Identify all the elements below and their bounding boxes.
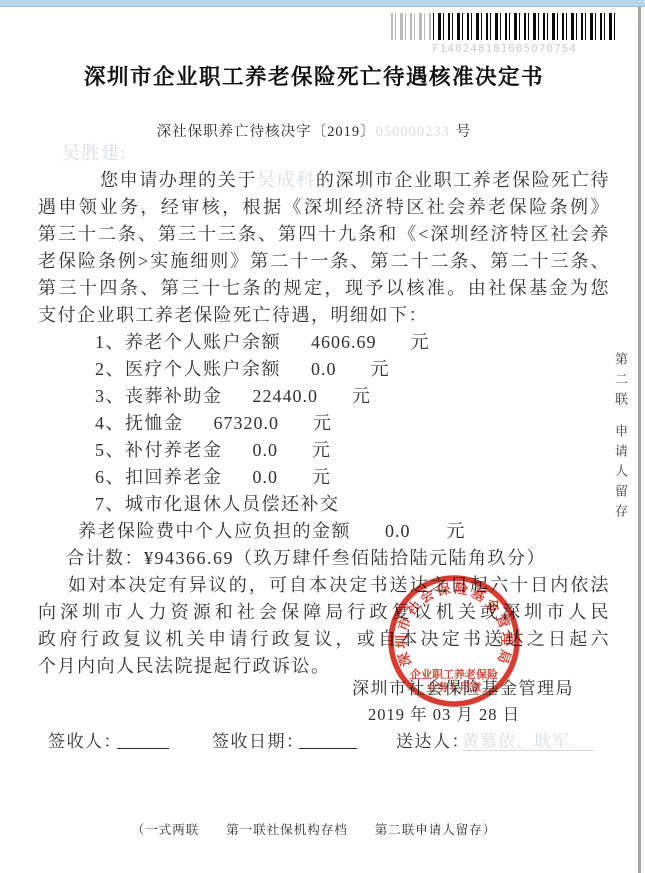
sign-date-blank bbox=[299, 748, 357, 749]
body-text: 遇申领业务，经审核，根据《深圳经济特区社会养老保险条例》 bbox=[38, 197, 610, 217]
body-text: 第三十二条、第三十三条、第四十九条和《<深圳经济特区社会养 bbox=[38, 224, 610, 244]
document-number-prefix: 深社保职养亡待核决字〔2019〕 bbox=[157, 124, 376, 140]
text-line: 政府行政复议机关申请行政复议，或自本决定书送达之日起六 bbox=[38, 626, 610, 653]
benefit-item: 4、抚恤金67320.0元 bbox=[38, 410, 610, 437]
issue-date: 2019 年 03 月 28 日 bbox=[368, 701, 520, 725]
body-text: 如对本决定有异议的，可自本决定书送达之日起六十日内依法 bbox=[68, 575, 610, 595]
barcode-number: F140248181005070754 bbox=[391, 42, 618, 55]
text-line: 第三十四条、第三十七条的规定，现予以核准。由社保基金为您 bbox=[38, 275, 610, 302]
signature-row: 签收人： 签收日期： 送达人： 黄慕依、耿军 bbox=[0, 727, 628, 757]
body-text: 政府行政复议机关申请行政复议，或自本决定书送达之日起六 bbox=[38, 629, 610, 649]
personal-burden-label: 养老保险费中个人应负担的金额 bbox=[78, 521, 351, 541]
benefit-item-unit: 元 bbox=[352, 386, 372, 406]
benefit-item-label: 3、丧葬补助金 bbox=[95, 386, 223, 406]
text-line: 如对本决定有异议的，可自本决定书送达之日起六十日内依法 bbox=[38, 572, 610, 599]
recipient-name: 吴胜建: bbox=[38, 140, 610, 167]
benefit-item-unit: 元 bbox=[312, 467, 332, 487]
body-text: 第三十四条、第三十七条的规定，现予以核准。由社保基金为您 bbox=[38, 278, 610, 298]
body-text: 个月内向人民法院提起行政诉讼。 bbox=[38, 656, 331, 676]
benefit-item-value: 4606.69 bbox=[311, 332, 377, 352]
benefit-item-unit: 元 bbox=[411, 332, 431, 352]
benefit-item-value: 0.0 bbox=[253, 467, 279, 487]
benefit-list: 1、养老个人账户余额4606.69元2、医疗个人账户余额0.0元3、丧葬补助金2… bbox=[38, 329, 610, 518]
receiver-label: 签收人： bbox=[48, 727, 122, 752]
benefit-item-value: 0.0 bbox=[311, 359, 337, 379]
document-number: 深社保职养亡待核决字〔2019〕050000233号 bbox=[0, 120, 628, 141]
personal-burden-line: 养老保险费中个人应负担的金额0.0元 bbox=[38, 518, 610, 545]
personal-burden-value: 0.0 bbox=[385, 521, 411, 541]
appeal-paragraph: 如对本决定有异议的，可自本决定书送达之日起六十日内依法向深圳市人力资源和社会保障… bbox=[38, 572, 610, 680]
benefit-item-value: 22440.0 bbox=[253, 386, 319, 406]
benefit-item: 7、城市化退休人员偿还补交 bbox=[38, 491, 610, 518]
text-line: 遇申领业务，经审核，根据《深圳经济特区社会养老保险条例》 bbox=[38, 194, 610, 221]
barcode bbox=[391, 13, 618, 40]
body-text: 的深圳市企业职工养老保险死亡待 bbox=[316, 170, 610, 190]
faded-name-text: 吴成科 bbox=[257, 170, 316, 190]
document-title: 深圳市企业职工养老保险死亡待遇核准决定书 bbox=[0, 60, 628, 91]
margin-copy-label: 第二联 bbox=[611, 352, 630, 412]
benefit-item-unit: 元 bbox=[371, 359, 391, 379]
document-number-suffix: 号 bbox=[456, 124, 472, 140]
page-edge-margin bbox=[641, 7, 645, 873]
benefit-item-label: 1、养老个人账户余额 bbox=[95, 332, 281, 352]
benefit-item-value: 0.0 bbox=[253, 440, 279, 460]
benefit-item-unit: 元 bbox=[312, 440, 332, 460]
benefit-item-label: 5、补付养老金 bbox=[95, 440, 223, 460]
body-text: 您申请办理的关于 bbox=[100, 170, 257, 190]
body-text: 支付企业职工养老保险死亡待遇，明细如下： bbox=[38, 305, 428, 325]
intro-paragraph: 您申请办理的关于吴成科的深圳市企业职工养老保险死亡待遇申领业务，经审核，根据《深… bbox=[38, 167, 610, 329]
deliverer-names: 黄慕依、耿军 bbox=[462, 727, 594, 751]
benefit-item-label: 7、城市化退休人员偿还补交 bbox=[95, 494, 340, 514]
benefit-item: 6、扣回养老金0.0元 bbox=[38, 464, 610, 491]
body-text: 向深圳市人力资源和社会保障局行政复议机关或深圳市人民 bbox=[38, 602, 610, 622]
benefit-item: 5、补付养老金0.0元 bbox=[38, 437, 610, 464]
footer-note: （一式两联 第一联社保机构存档 第二联申请人留存） bbox=[0, 820, 628, 838]
document-body: 吴胜建: 您申请办理的关于吴成科的深圳市企业职工养老保险死亡待遇申领业务，经审核… bbox=[38, 140, 610, 680]
text-line: 支付企业职工养老保险死亡待遇，明细如下： bbox=[38, 302, 610, 329]
body-text: 老保险条例>实施细则》第二十一条、第二十二条、第二十三条、 bbox=[38, 251, 610, 271]
margin-holder-label: 申请人留存 bbox=[611, 424, 630, 524]
benefit-item: 3、丧葬补助金22440.0元 bbox=[38, 383, 610, 410]
benefit-item-value: 67320.0 bbox=[214, 413, 280, 433]
sign-date-label: 签收日期： bbox=[212, 727, 305, 752]
benefit-item-label: 4、抚恤金 bbox=[95, 413, 184, 433]
deliverer-label: 送达人： bbox=[396, 727, 470, 752]
benefit-item: 2、医疗个人账户余额0.0元 bbox=[38, 356, 610, 383]
document-number-serial: 050000233 bbox=[376, 124, 450, 140]
benefit-item-label: 6、扣回养老金 bbox=[95, 467, 223, 487]
personal-burden-unit: 元 bbox=[447, 521, 467, 541]
window-top-bar bbox=[0, 0, 645, 7]
text-line: 向深圳市人力资源和社会保障局行政复议机关或深圳市人民 bbox=[38, 599, 610, 626]
total-line: 合计数：¥94366.69（玖万肆仟叁佰陆拾陆元陆角玖分） bbox=[38, 545, 610, 572]
benefit-item-unit: 元 bbox=[313, 413, 333, 433]
text-line: 第三十二条、第三十三条、第四十九条和《<深圳经济特区社会养 bbox=[38, 221, 610, 248]
text-line: 您申请办理的关于吴成科的深圳市企业职工养老保险死亡待 bbox=[38, 167, 610, 194]
benefit-item: 1、养老个人账户余额4606.69元 bbox=[38, 329, 610, 356]
benefit-item-label: 2、医疗个人账户余额 bbox=[95, 359, 281, 379]
issuer-name: 深圳市社会保险基金管理局 bbox=[352, 674, 574, 699]
text-line: 老保险条例>实施细则》第二十一条、第二十二条、第二十三条、 bbox=[38, 248, 610, 275]
receiver-blank bbox=[117, 748, 169, 749]
